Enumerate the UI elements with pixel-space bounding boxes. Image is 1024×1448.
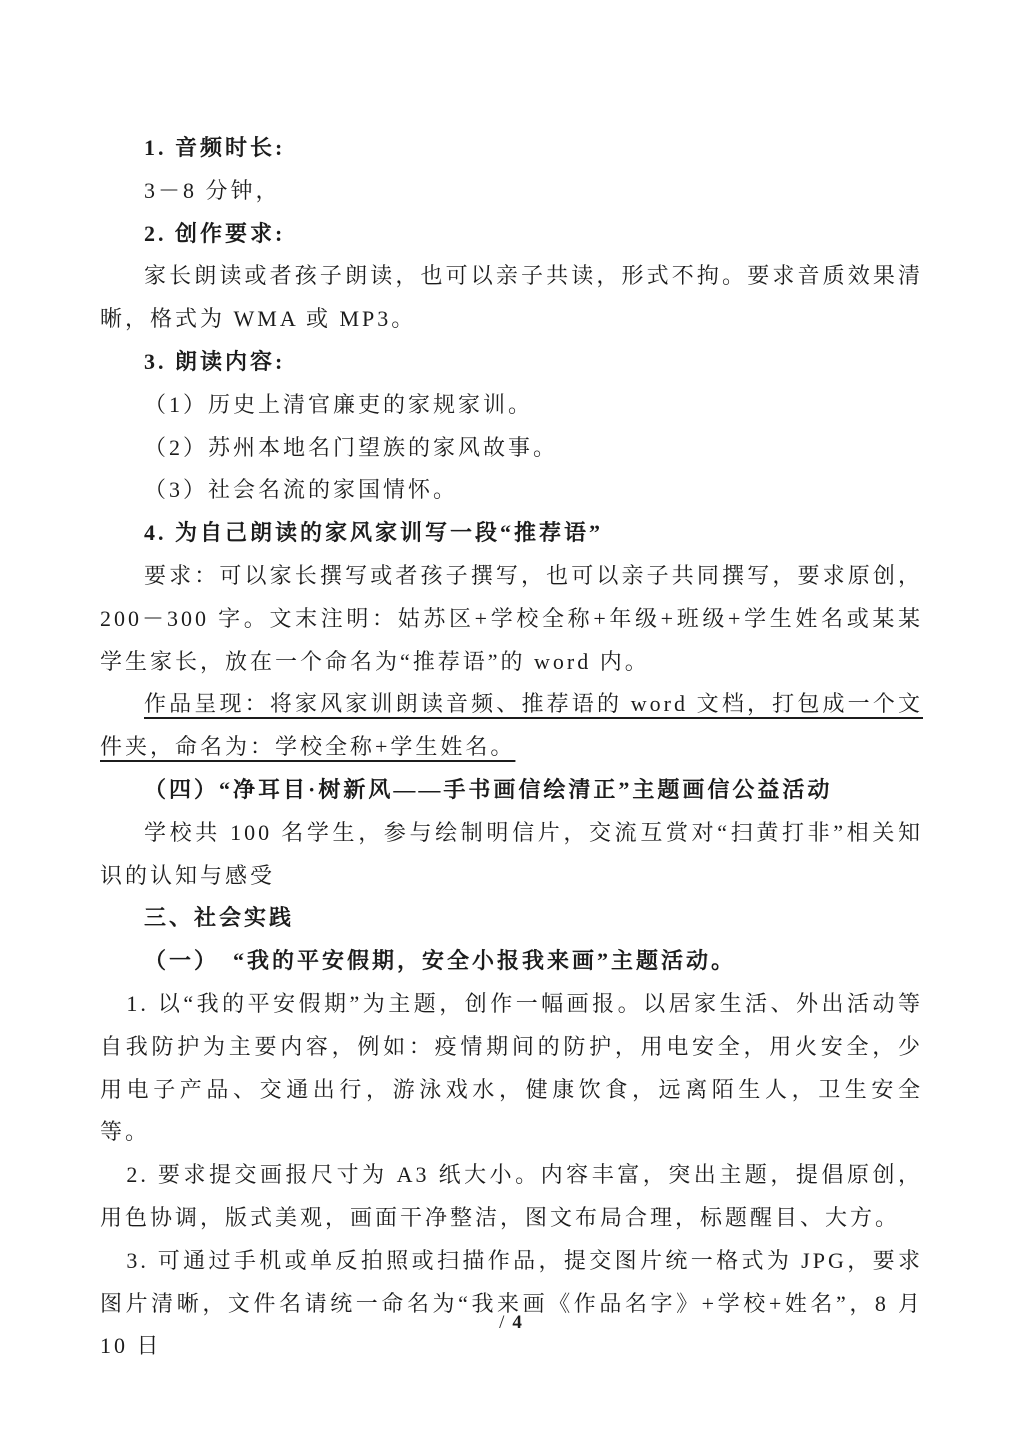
heading-safe-holiday-activity: （一） “我的平安假期，安全小报我来画”主题活动。: [100, 940, 923, 983]
para-reading-content-item-3: （3）社会名流的家国情怀。: [100, 469, 923, 512]
heading-creation-requirements: 2. 创作要求:: [100, 213, 923, 256]
heading-section-three-social-practice: 三、社会实践: [100, 897, 923, 940]
footer-separator: /: [499, 1312, 506, 1333]
para-audio-duration-value: 3－8 分钟，: [100, 170, 923, 213]
heading-section-four-postcard-activity: （四）“净耳目·树新风——手书画信绘清正”主题画信公益活动: [100, 769, 923, 812]
para-safe-holiday-submission: 3. 可通过手机或单反拍照或扫描作品，提交图片统一格式为 JPG，要求图片清晰，…: [100, 1240, 923, 1368]
para-reading-content-item-2: （2）苏州本地名门望族的家风故事。: [100, 427, 923, 470]
document-body: 1. 音频时长:3－8 分钟，2. 创作要求:家长朗读或者孩子朗读，也可以亲子共…: [100, 127, 923, 1368]
heading-audio-duration: 1. 音频时长:: [100, 127, 923, 170]
document-page: 1. 音频时长:3－8 分钟，2. 创作要求:家长朗读或者孩子朗读，也可以亲子共…: [0, 0, 1024, 1448]
para-safe-holiday-theme: 1. 以“我的平安假期”为主题，创作一幅画报。以居家生活、外出活动等自我防护为主…: [100, 983, 923, 1154]
heading-recommendation-note: 4. 为自己朗读的家风家训写一段“推荐语”: [100, 512, 923, 555]
para-creation-requirements: 家长朗读或者孩子朗读，也可以亲子共读，形式不拘。要求音质效果清晰，格式为 WMA…: [100, 255, 923, 341]
page-footer: /4: [100, 1312, 923, 1334]
page-number: 4: [512, 1312, 524, 1333]
heading-reading-content: 3. 朗读内容:: [100, 341, 923, 384]
para-work-presentation: 作品呈现：将家风家训朗读音频、推荐语的 word 文档，打包成一个文件夹，命名为…: [100, 683, 923, 769]
para-reading-content-item-1: （1）历史上清官廉吏的家规家训。: [100, 384, 923, 427]
para-safe-holiday-size-requirement: 2. 要求提交画报尺寸为 A3 纸大小。内容丰富，突出主题，提倡原创，用色协调，…: [100, 1154, 923, 1240]
para-postcard-activity-description: 学校共 100 名学生，参与绘制明信片，交流互赏对“扫黄打非”相关知识的认知与感…: [100, 812, 923, 898]
para-recommendation-requirements: 要求：可以家长撰写或者孩子撰写，也可以亲子共同撰写，要求原创，200－300 字…: [100, 555, 923, 683]
